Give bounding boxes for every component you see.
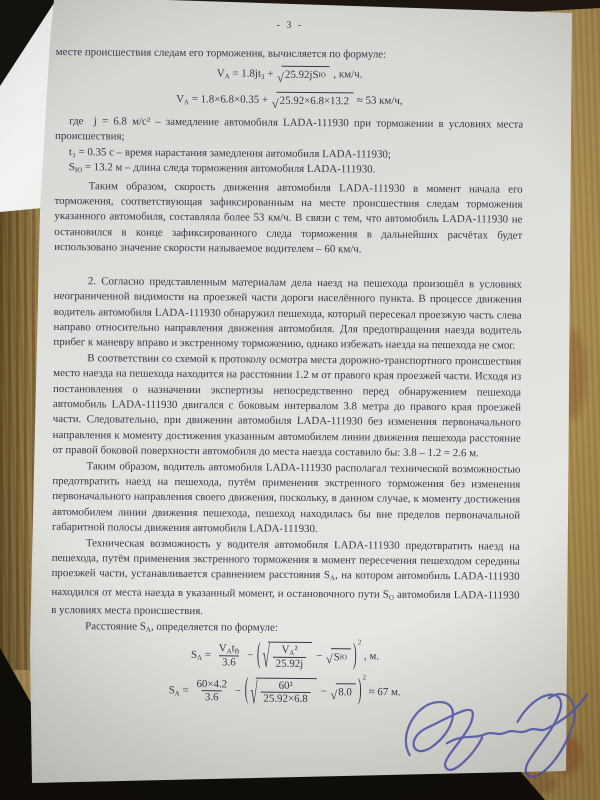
signature xyxy=(392,676,598,794)
paragraph: где j = 6.8 м/с² – замедление автомобиля… xyxy=(55,114,523,148)
formula: VА = 1.8×6.8×0.35 + √25.92×6.8×13.2 ≈ 53… xyxy=(55,87,523,117)
document-photo: - 3 - месте происшествия следам его торм… xyxy=(0,0,600,800)
page-content: - 3 - месте происшествия следам его торм… xyxy=(51,16,524,711)
formula: SА = VАtВ3.6 − (√VА²25.92j − √SЮ)2 , м. xyxy=(51,637,519,676)
paragraph: Расстояние SА, определяется по формуле: xyxy=(51,619,519,641)
document-body: месте происшествия следам его торможения… xyxy=(51,45,524,711)
paragraph: 2. Согласно представленным материалам де… xyxy=(53,274,522,355)
paragraph: Таким образом, скорость движения автомоб… xyxy=(54,179,523,260)
paragraph: Техническая возможность у водителя автом… xyxy=(51,536,520,623)
page-number: - 3 - xyxy=(56,16,524,35)
formula: VА = 1.8jt3 + √25.92jSЮ , км/ч. xyxy=(55,61,523,91)
paragraph: В соответствии со схемой к протоколу осм… xyxy=(53,351,522,463)
paragraph: Таким образом, водитель автомобиля LADA-… xyxy=(52,459,521,540)
